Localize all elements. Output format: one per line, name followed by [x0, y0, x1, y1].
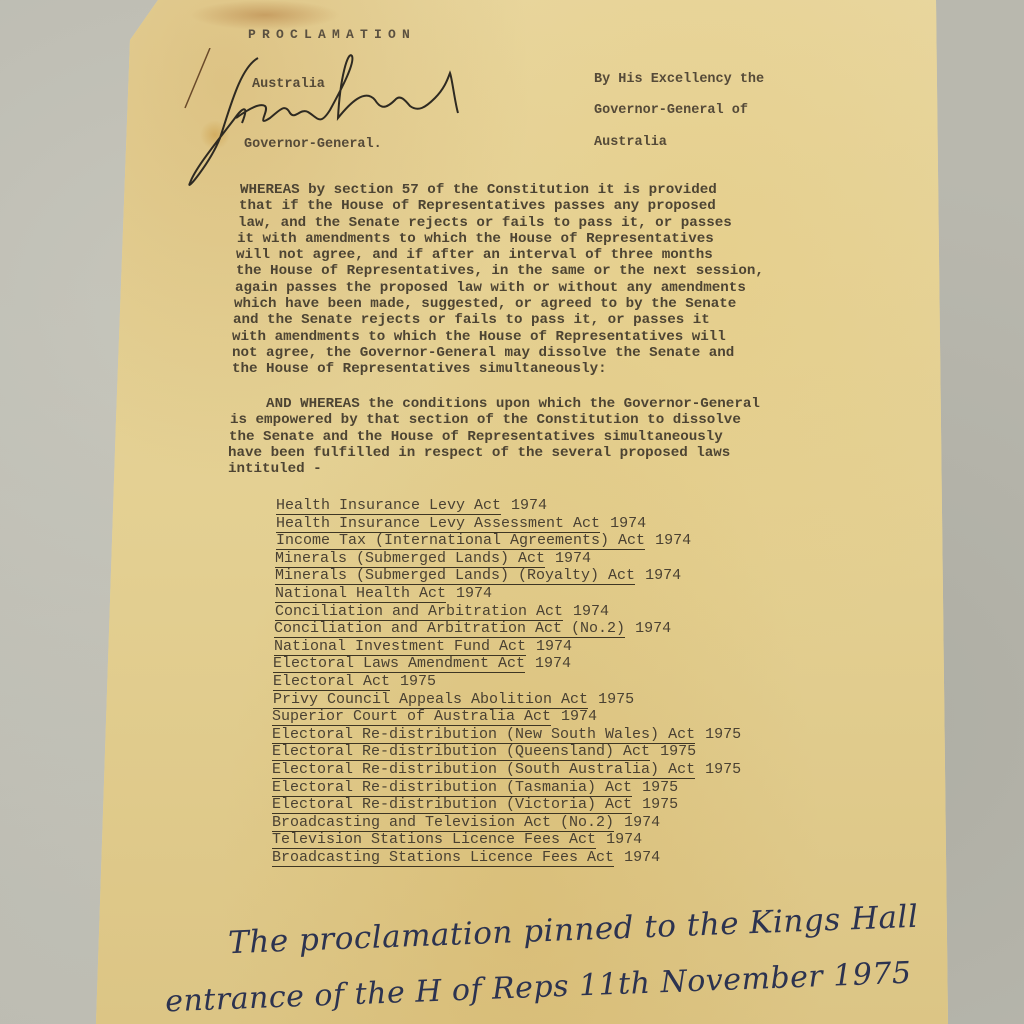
act-year: 1975: [705, 761, 741, 778]
act-name: Superior Court of Australia Act: [272, 708, 551, 726]
act-item: Health Insurance Levy Act1974: [276, 497, 872, 515]
act-name: National Health Act: [275, 585, 446, 603]
act-item: Broadcasting and Television Act (No.2)19…: [272, 814, 872, 832]
act-year: 1974: [645, 567, 681, 584]
act-year: 1974: [635, 620, 671, 637]
act-item: Conciliation and Arbitration Act (No.2)1…: [274, 620, 872, 638]
act-item: Electoral Act1975: [273, 673, 872, 691]
paragraph-line: law, and the Senate rejects or fails to …: [238, 215, 892, 231]
act-year: 1974: [606, 831, 642, 848]
paragraph-line: again passes the proposed law with or wi…: [235, 280, 892, 296]
act-name: Electoral Re-distribution (New South Wal…: [272, 726, 695, 744]
act-year: 1975: [660, 743, 696, 760]
act-item: Minerals (Submerged Lands) Act1974: [275, 550, 872, 568]
act-item: Electoral Re-distribution (Queensland) A…: [272, 743, 872, 761]
act-item: Broadcasting Stations Licence Fees Act19…: [272, 849, 872, 867]
paragraph-line: is empowered by that section of the Cons…: [230, 412, 908, 428]
act-year: 1974: [535, 655, 571, 672]
act-name: Privy Council Appeals Abolition Act: [273, 691, 588, 709]
act-name: Conciliation and Arbitration Act (No.2): [274, 620, 625, 638]
act-item: Electoral Re-distribution (South Austral…: [272, 761, 872, 779]
act-item: Health Insurance Levy Assessment Act1974: [276, 515, 872, 533]
act-item: Conciliation and Arbitration Act1974: [275, 603, 872, 621]
act-name: Broadcasting Stations Licence Fees Act: [272, 849, 614, 867]
act-name: Television Stations Licence Fees Act: [272, 831, 596, 849]
act-year: 1974: [536, 638, 572, 655]
paragraph-line: the House of Representatives simultaneou…: [232, 361, 892, 377]
act-year: 1974: [511, 497, 547, 514]
act-item: Electoral Re-distribution (New South Wal…: [272, 726, 872, 744]
act-year: 1974: [624, 849, 660, 866]
act-name: Electoral Act: [273, 673, 390, 691]
act-item: Income Tax (International Agreements) Ac…: [276, 532, 872, 550]
paragraph-line: it with amendments to which the House of…: [237, 231, 892, 247]
paragraph-line: the House of Representatives, in the sam…: [236, 263, 892, 279]
paragraph-line: the Senate and the House of Representati…: [229, 429, 908, 445]
act-name: Conciliation and Arbitration Act: [275, 603, 563, 621]
act-name: Health Insurance Levy Assessment Act: [276, 515, 600, 533]
act-year: 1974: [655, 532, 691, 549]
act-item: Electoral Re-distribution (Victoria) Act…: [272, 796, 872, 814]
whereas-paragraph-2: AND WHEREAS the conditions upon which th…: [228, 396, 908, 477]
act-item: Electoral Re-distribution (Tasmania) Act…: [272, 779, 872, 797]
act-year: 1974: [573, 603, 609, 620]
act-item: Superior Court of Australia Act1974: [272, 708, 872, 726]
paragraph-line: intituled -: [228, 461, 908, 477]
act-item: National Health Act1974: [275, 585, 872, 603]
whereas-paragraph-1: WHEREAS by section 57 of the Constitutio…: [232, 182, 892, 378]
act-name: Minerals (Submerged Lands) (Royalty) Act: [275, 567, 635, 585]
paragraph-line: have been fulfilled in respect of the se…: [228, 445, 908, 461]
act-year: 1974: [610, 515, 646, 532]
act-name: Electoral Re-distribution (South Austral…: [272, 761, 695, 779]
paper-stain: [190, 0, 340, 30]
act-name: Electoral Re-distribution (Tasmania) Act: [272, 779, 632, 797]
paragraph-line: with amendments to which the House of Re…: [232, 329, 892, 345]
act-year: 1974: [561, 708, 597, 725]
act-year: 1975: [400, 673, 436, 690]
act-year: 1975: [642, 796, 678, 813]
act-name: Electoral Laws Amendment Act: [273, 655, 525, 673]
header-right-line1: By His Excellency the: [594, 72, 764, 87]
acts-list: Health Insurance Levy Act1974 Health Ins…: [272, 497, 872, 866]
paragraph-line: which have been made, suggested, or agre…: [234, 296, 892, 312]
act-name: National Investment Fund Act: [274, 638, 526, 656]
act-item: Television Stations Licence Fees Act1974: [272, 831, 872, 849]
paragraph-line: and the Senate rejects or fails to pass …: [233, 312, 892, 328]
act-year: 1974: [624, 814, 660, 831]
act-item: National Investment Fund Act1974: [274, 638, 872, 656]
paragraph-line: will not agree, and if after an interval…: [236, 247, 892, 263]
header-right-line3: Australia: [594, 135, 667, 150]
paragraph-line: that if the House of Representatives pas…: [239, 198, 892, 214]
governor-general-signature: [180, 48, 490, 193]
paragraph-line: WHEREAS by section 57 of the Constitutio…: [240, 182, 892, 198]
act-item: Electoral Laws Amendment Act1974: [273, 655, 872, 673]
act-name: Electoral Re-distribution (Victoria) Act: [272, 796, 632, 814]
act-year: 1974: [456, 585, 492, 602]
paragraph-line: not agree, the Governor-General may diss…: [232, 345, 892, 361]
act-year: 1975: [642, 779, 678, 796]
act-name: Broadcasting and Television Act (No.2): [272, 814, 614, 832]
paragraph-line: AND WHEREAS the conditions upon which th…: [232, 396, 908, 412]
header-right-line2: Governor-General of: [594, 103, 748, 118]
act-name: Income Tax (International Agreements) Ac…: [276, 532, 645, 550]
act-year: 1975: [705, 726, 741, 743]
act-item: Minerals (Submerged Lands) (Royalty) Act…: [275, 567, 872, 585]
act-name: Health Insurance Levy Act: [276, 497, 501, 515]
act-name: Electoral Re-distribution (Queensland) A…: [272, 743, 650, 761]
proclamation-title: PROCLAMATION: [248, 27, 416, 42]
act-year: 1974: [555, 550, 591, 567]
act-name: Minerals (Submerged Lands) Act: [275, 550, 545, 568]
act-year: 1975: [598, 691, 634, 708]
act-item: Privy Council Appeals Abolition Act1975: [273, 691, 872, 709]
